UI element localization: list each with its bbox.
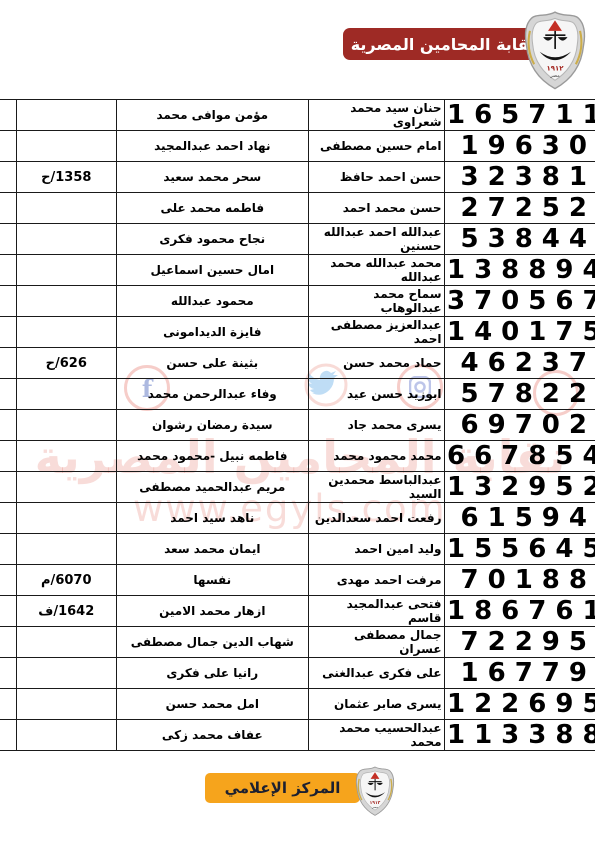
code-cell	[17, 720, 117, 750]
member-name-cell: رفعت احمد سعدالدين	[309, 503, 445, 533]
code-cell: 1642/ف	[17, 596, 117, 626]
document-page: نقابة المحامين المصرية f نقابة المحامين …	[0, 0, 595, 842]
delegate-name-cell: بثينة على حسن	[117, 348, 309, 378]
code-cell	[17, 441, 117, 471]
edge-cell	[0, 379, 17, 409]
member-name-cell: وليد امين احمد	[309, 534, 445, 564]
table-row: 1358/حسحر محمد سعيدحسن احمد حافظ32381	[0, 162, 595, 193]
table-row: 6070/منفسهامرفت احمد مهدى70188	[0, 565, 595, 596]
member-name-cell: فتحى عبدالمجيد قاسم	[309, 596, 445, 626]
code-cell	[17, 379, 117, 409]
code-cell	[17, 410, 117, 440]
code-cell	[17, 658, 117, 688]
edge-cell	[0, 627, 17, 657]
member-name-cell: يسرى صابر عثمان	[309, 689, 445, 719]
table-row: امل محمد حسنيسرى صابر عثمان122695	[0, 689, 595, 720]
member-name-cell: حنان سيد محمد شعراوى	[309, 100, 445, 130]
member-name-cell: حسن محمد احمد	[309, 193, 445, 223]
edge-cell	[0, 100, 17, 130]
members-table: مؤمن موافى محمدحنان سيد محمد شعراوى16571…	[0, 99, 595, 702]
member-name-cell: عبدالحسيب محمد محمد	[309, 720, 445, 750]
member-name-cell: محمد محمود محمد	[309, 441, 445, 471]
member-name-cell: عبدالعزيز مصطفى احمد	[309, 317, 445, 347]
table-row: نهاد احمد عبدالمجيدامام حسين مصطفى19630	[0, 131, 595, 162]
table-row: 626/حبثينة على حسنحماد محمد حسن46237	[0, 348, 595, 379]
table-row: ايمان محمد سعدوليد امين احمد155645	[0, 534, 595, 565]
member-number-cell: 70188	[445, 565, 595, 595]
delegate-name-cell: شهاب الدين جمال مصطفى	[117, 627, 309, 657]
table-row: فايزة الديدامونىعبدالعزيز مصطفى احمد1401…	[0, 317, 595, 348]
delegate-name-cell: امال حسين اسماعيل	[117, 255, 309, 285]
delegate-name-cell: فايزة الديدامونى	[117, 317, 309, 347]
delegate-name-cell: رانيا على فكرى	[117, 658, 309, 688]
member-number-cell: 72295	[445, 627, 595, 657]
table-row: عفاف محمد زكىعبدالحسيب محمد محمد113388	[0, 720, 595, 751]
edge-cell	[0, 565, 17, 595]
member-number-cell: 155645	[445, 534, 595, 564]
table-row: سيدة رمضان رشوانيسرى محمد جاد69702	[0, 410, 595, 441]
delegate-name-cell: فاطمه محمد على	[117, 193, 309, 223]
bar-association-crest-icon	[517, 10, 593, 90]
member-number-cell: 27252	[445, 193, 595, 223]
table-row: وفاء عبدالرحمن محمدابوزيد حسن عيد57822	[0, 379, 595, 410]
edge-cell	[0, 162, 17, 192]
edge-cell	[0, 410, 17, 440]
delegate-name-cell: ازهار محمد الامين	[117, 596, 309, 626]
member-name-cell: ابوزيد حسن عيد	[309, 379, 445, 409]
table-row: نجاح محمود فكرىعبدالله احمد عبدالله حسني…	[0, 224, 595, 255]
delegate-name-cell: مريم عبدالحميد مصطفى	[117, 472, 309, 502]
delegate-name-cell: عفاف محمد زكى	[117, 720, 309, 750]
code-cell	[17, 503, 117, 533]
member-name-cell: يسرى محمد جاد	[309, 410, 445, 440]
table-row: امال حسين اسماعيلمحمد عبدالله محمد عبدال…	[0, 255, 595, 286]
member-number-cell: 138894	[445, 255, 595, 285]
member-name-cell: عبدالله احمد عبدالله حسنين	[309, 224, 445, 254]
edge-cell	[0, 472, 17, 502]
delegate-name-cell: فاطمه نبيل -محمود محمد	[117, 441, 309, 471]
code-cell: 6070/م	[17, 565, 117, 595]
table-row: ناهد سيد احمدرفعت احمد سعدالدين61594	[0, 503, 595, 534]
member-number-cell: 46237	[445, 348, 595, 378]
member-number-cell: 16779	[445, 658, 595, 688]
member-number-cell: 57822	[445, 379, 595, 409]
member-name-cell: حماد محمد حسن	[309, 348, 445, 378]
table-row: شهاب الدين جمال مصطفىجمال مصطفى عسران722…	[0, 627, 595, 658]
edge-cell	[0, 193, 17, 223]
member-name-cell: على فكرى عبدالغنى	[309, 658, 445, 688]
member-number-cell: 122695	[445, 689, 595, 719]
delegate-name-cell: سيدة رمضان رشوان	[117, 410, 309, 440]
code-cell	[17, 224, 117, 254]
member-number-cell: 53844	[445, 224, 595, 254]
delegate-name-cell: نهاد احمد عبدالمجيد	[117, 131, 309, 161]
delegate-name-cell: نجاح محمود فكرى	[117, 224, 309, 254]
member-number-cell: 370567	[445, 286, 595, 316]
header-banner: نقابة المحامين المصرية	[343, 28, 543, 60]
edge-cell	[0, 131, 17, 161]
delegate-name-cell: ايمان محمد سعد	[117, 534, 309, 564]
member-name-cell: سماح محمد عبدالوهاب	[309, 286, 445, 316]
member-name-cell: عبدالباسط محمدين السيد	[309, 472, 445, 502]
code-cell	[17, 689, 117, 719]
code-cell	[17, 627, 117, 657]
edge-cell	[0, 286, 17, 316]
member-number-cell: 19630	[445, 131, 595, 161]
code-cell	[17, 534, 117, 564]
footer-banner: المركز الإعلامي	[205, 773, 360, 803]
member-number-cell: 140175	[445, 317, 595, 347]
code-cell	[17, 286, 117, 316]
member-name-cell: امام حسين مصطفى	[309, 131, 445, 161]
member-number-cell: 32381	[445, 162, 595, 192]
table-row: فاطمه محمد علىحسن محمد احمد27252	[0, 193, 595, 224]
edge-cell	[0, 720, 17, 750]
delegate-name-cell: وفاء عبدالرحمن محمد	[117, 379, 309, 409]
member-number-cell: 165711	[445, 100, 595, 130]
edge-cell	[0, 224, 17, 254]
delegate-name-cell: محمود عبدالله	[117, 286, 309, 316]
code-cell	[17, 317, 117, 347]
delegate-name-cell: مؤمن موافى محمد	[117, 100, 309, 130]
code-cell	[17, 131, 117, 161]
member-number-cell: 69702	[445, 410, 595, 440]
code-cell	[17, 193, 117, 223]
delegate-name-cell: سحر محمد سعيد	[117, 162, 309, 192]
edge-cell	[0, 255, 17, 285]
edge-cell	[0, 658, 17, 688]
edge-cell	[0, 441, 17, 471]
edge-cell	[0, 534, 17, 564]
table-row: 1642/فازهار محمد الامينفتحى عبدالمجيد قا…	[0, 596, 595, 627]
table-row: فاطمه نبيل -محمود محمدمحمد محمود محمد667…	[0, 441, 595, 472]
delegate-name-cell: امل محمد حسن	[117, 689, 309, 719]
table-row: مريم عبدالحميد مصطفىعبدالباسط محمدين الس…	[0, 472, 595, 503]
edge-cell	[0, 317, 17, 347]
bar-association-crest-icon	[353, 763, 397, 819]
delegate-name-cell: ناهد سيد احمد	[117, 503, 309, 533]
code-cell	[17, 100, 117, 130]
table-row: محمود عبداللهسماح محمد عبدالوهاب370567	[0, 286, 595, 317]
member-number-cell: 132952	[445, 472, 595, 502]
member-number-cell: 186761	[445, 596, 595, 626]
edge-cell	[0, 503, 17, 533]
code-cell	[17, 472, 117, 502]
member-name-cell: جمال مصطفى عسران	[309, 627, 445, 657]
delegate-name-cell: نفسها	[117, 565, 309, 595]
member-name-cell: محمد عبدالله محمد عبدالله	[309, 255, 445, 285]
code-cell: 626/ح	[17, 348, 117, 378]
table-row: مؤمن موافى محمدحنان سيد محمد شعراوى16571…	[0, 100, 595, 131]
member-number-cell: 667854	[445, 441, 595, 471]
code-cell	[17, 255, 117, 285]
member-name-cell: مرفت احمد مهدى	[309, 565, 445, 595]
member-name-cell: حسن احمد حافظ	[309, 162, 445, 192]
edge-cell	[0, 348, 17, 378]
member-number-cell: 113388	[445, 720, 595, 750]
edge-cell	[0, 689, 17, 719]
table-row: رانيا على فكرىعلى فكرى عبدالغنى16779	[0, 658, 595, 689]
member-number-cell: 61594	[445, 503, 595, 533]
code-cell: 1358/ح	[17, 162, 117, 192]
edge-cell	[0, 596, 17, 626]
